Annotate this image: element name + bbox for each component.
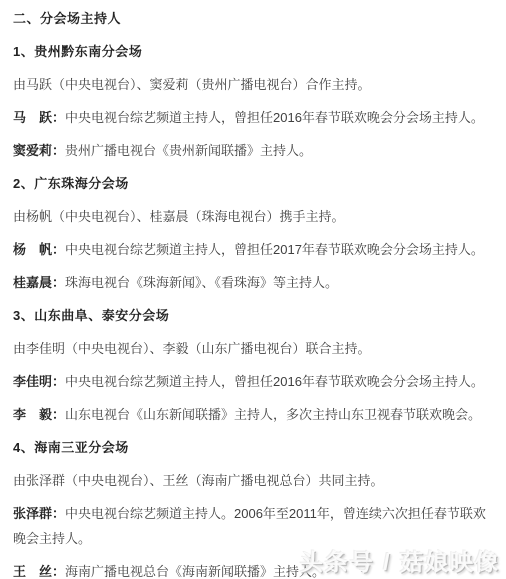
section-shandong: 3、山东曲阜、泰安分会场 由李佳明（中央电视台）、李毅（山东广播电视台）联合主持… [13, 303, 498, 427]
section-hainan: 4、海南三亚分会场 由张泽群（中央电视台）、王丝（海南广播电视总台）共同主持。 … [13, 435, 498, 579]
article-body: 二、分会场主持人 1、贵州黔东南分会场 由马跃（中央电视台）、窦爱莉（贵州广播电… [0, 0, 506, 579]
host-line: 李 毅：山东电视台《山东新闻联播》主持人，多次主持山东卫视春节联欢晚会。 [13, 402, 498, 427]
section-heading: 4、海南三亚分会场 [13, 435, 498, 460]
host-name: 杨 帆： [13, 242, 65, 257]
section-intro: 由杨帆（中央电视台）、桂嘉晨（珠海电视台）携手主持。 [13, 204, 498, 229]
section-zhuhai: 2、广东珠海分会场 由杨帆（中央电视台）、桂嘉晨（珠海电视台）携手主持。 杨 帆… [13, 171, 498, 295]
host-name: 王 丝： [13, 564, 65, 579]
section-heading: 3、山东曲阜、泰安分会场 [13, 303, 498, 328]
host-line: 马 跃：中央电视台综艺频道主持人，曾担任2016年春节联欢晚会分会场主持人。 [13, 105, 498, 130]
section-heading: 2、广东珠海分会场 [13, 171, 498, 196]
host-desc: 海南广播电视总台《海南新闻联播》主持人。 [65, 564, 325, 579]
section-heading: 1、贵州黔东南分会场 [13, 39, 498, 64]
host-line: 杨 帆：中央电视台综艺频道主持人，曾担任2017年春节联欢晚会分会场主持人。 [13, 237, 498, 262]
host-line: 王 丝：海南广播电视总台《海南新闻联播》主持人。 [13, 559, 498, 579]
host-desc: 山东电视台《山东新闻联播》主持人，多次主持山东卫视春节联欢晚会。 [65, 407, 481, 422]
host-desc: 中央电视台综艺频道主持人，曾担任2016年春节联欢晚会分会场主持人。 [65, 110, 484, 125]
host-name: 马 跃： [13, 110, 65, 125]
section-intro: 由张泽群（中央电视台）、王丝（海南广播电视总台）共同主持。 [13, 468, 498, 493]
host-name: 李 毅： [13, 407, 65, 422]
host-line: 桂嘉晨：珠海电视台《珠海新闻》、《看珠海》等主持人。 [13, 270, 498, 295]
host-line: 窦爱莉：贵州广播电视台《贵州新闻联播》主持人。 [13, 138, 498, 163]
host-line: 李佳明：中央电视台综艺频道主持人，曾担任2016年春节联欢晚会分会场主持人。 [13, 369, 498, 394]
host-name: 窦爱莉： [13, 143, 65, 158]
host-desc: 珠海电视台《珠海新闻》、《看珠海》等主持人。 [65, 275, 338, 290]
host-name: 张泽群： [13, 506, 65, 521]
host-name: 李佳明： [13, 374, 65, 389]
section-intro: 由李佳明（中央电视台）、李毅（山东广播电视台）联合主持。 [13, 336, 498, 361]
host-desc: 中央电视台综艺频道主持人，曾担任2016年春节联欢晚会分会场主持人。 [65, 374, 484, 389]
host-line: 张泽群：中央电视台综艺频道主持人。2006年至2011年，曾连续六次担任春节联欢… [13, 501, 498, 551]
host-desc: 贵州广播电视台《贵州新闻联播》主持人。 [65, 143, 312, 158]
section-guizhou: 1、贵州黔东南分会场 由马跃（中央电视台）、窦爱莉（贵州广播电视台）合作主持。 … [13, 39, 498, 163]
section-intro: 由马跃（中央电视台）、窦爱莉（贵州广播电视台）合作主持。 [13, 72, 498, 97]
host-desc: 中央电视台综艺频道主持人，曾担任2017年春节联欢晚会分会场主持人。 [65, 242, 484, 257]
host-desc: 中央电视台综艺频道主持人。2006年至2011年，曾连续六次担任春节联欢晚会主持… [13, 506, 486, 546]
article-title: 二、分会场主持人 [13, 6, 498, 31]
host-name: 桂嘉晨： [13, 275, 65, 290]
